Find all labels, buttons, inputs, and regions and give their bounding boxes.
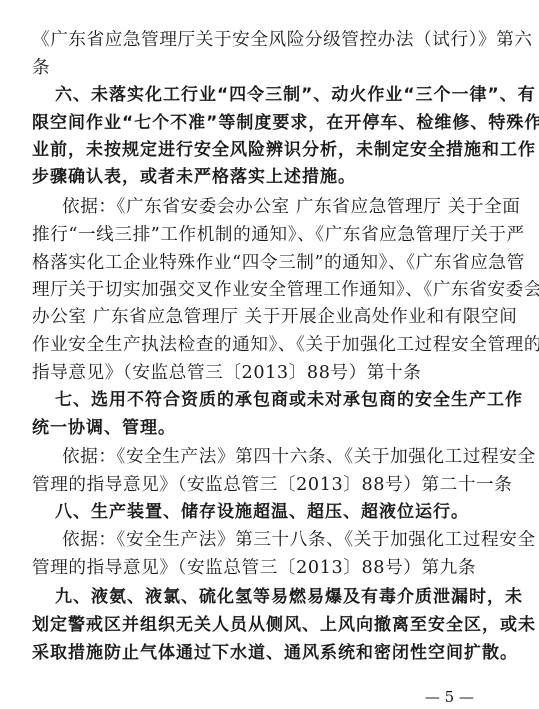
item-7-line: 七、选用不符合资质的承包商或未对承包商的安全生产工作	[55, 388, 474, 412]
basis-line: 管理的指导意见》（安监总管三〔2013〕88号）第二十一条	[32, 473, 474, 497]
basis-line: 理厅关于切实加强交叉作业安全管理工作通知》、《广东省安委会	[32, 278, 474, 302]
basis-line: 办公室 广东省应急管理厅 关于开展企业高处作业和有限空间	[32, 305, 474, 329]
item-6-line: 业前，未按规定进行安全风险辨识分析，未制定安全措施和工作	[32, 138, 474, 162]
basis-line: 推行“一线三排”工作机制的通知》、《广东省应急管理厅关于严	[32, 223, 474, 247]
page-number: — 5 —	[414, 687, 474, 707]
item-6-line: 限空间作业“七个不准”等制度要求，在开停车、检维修、特殊作	[32, 111, 474, 135]
item-6-line: 步骤确认表，或者未严格落实上述措施。	[32, 165, 474, 189]
item-8-line: 八、生产装置、储存设施超温、超压、超液位运行。	[55, 500, 474, 524]
document-page: 《广东省应急管理厅关于安全风险分级管控办法（试行）》第六 条 六、未落实化工行业…	[0, 0, 539, 709]
item-6-line: 六、未落实化工行业“四令三制”、动火作业“三个一律”、有	[55, 83, 474, 107]
citation-line: 条	[32, 56, 474, 80]
item-9-line: 九、液氨、液氯、硫化氢等易燃易爆及有毒介质泄漏时，未	[55, 585, 474, 609]
basis-line: 依据：《安全生产法》第四十六条、《关于加强化工过程安全	[62, 445, 474, 469]
item-7-line: 统一协调、管理。	[32, 416, 474, 440]
citation-line: 《广东省应急管理厅关于安全风险分级管控办法（试行）》第六	[32, 28, 474, 52]
basis-line: 指导意见》（安监总管三〔2013〕88号）第十条	[32, 361, 474, 385]
basis-line: 依据：《安全生产法》第三十八条、《关于加强化工过程安全	[62, 528, 474, 552]
basis-line: 依据：《广东省安委会办公室 广东省应急管理厅 关于全面	[62, 195, 474, 219]
basis-line: 格落实化工企业特殊作业“四令三制”的通知》、《广东省应急管	[32, 251, 474, 275]
item-9-line: 划定警戒区并组织无关人员从侧风、上风向撤离至安全区，或未	[32, 613, 474, 637]
basis-line: 管理的指导意见》（安监总管三〔2013〕88号）第九条	[32, 556, 474, 580]
item-9-line: 采取措施防止气体通过下水道、通风系统和密闭性空间扩散。	[32, 641, 474, 665]
basis-line: 作业安全生产执法检查的通知》、《关于加强化工过程安全管理的	[32, 333, 474, 357]
